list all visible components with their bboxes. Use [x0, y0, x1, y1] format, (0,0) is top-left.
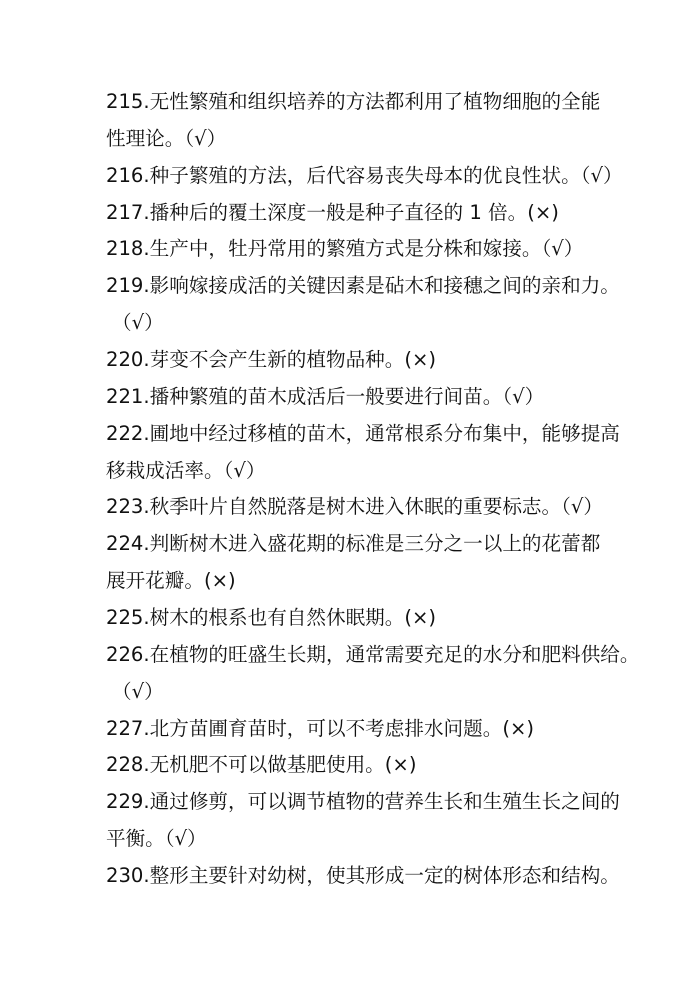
question-line: 展开花瓣。(×) [106, 563, 626, 600]
question-line: 223.秋季叶片自然脱落是树木进入休眠的重要标志。（√） [106, 489, 626, 526]
question-line: 229.通过修剪，可以调节植物的营养生长和生殖生长之间的 [106, 784, 626, 821]
question-line: 227.北方苗圃育苗时，可以不考虑排水问题。(×) [106, 711, 626, 748]
question-line: 217.播种后的覆土深度一般是种子直径的 1 倍。(×) [106, 195, 626, 232]
document-page: 215.无性繁殖和组织培养的方法都利用了植物细胞的全能 性理论。（√） 216.… [106, 84, 626, 895]
question-item-223: 223.秋季叶片自然脱落是树木进入休眠的重要标志。（√） [106, 489, 626, 526]
question-line: 218.生产中，牡丹常用的繁殖方式是分株和嫁接。（√） [106, 231, 626, 268]
question-line: 216.种子繁殖的方法，后代容易丧失母本的优良性状。（√） [106, 158, 626, 195]
question-line: 221.播种繁殖的苗木成活后一般要进行间苗。（√） [106, 379, 626, 416]
question-item-225: 225.树木的根系也有自然休眠期。(×) [106, 600, 626, 637]
question-line: 225.树木的根系也有自然休眠期。(×) [106, 600, 626, 637]
question-line: 222.圃地中经过移植的苗木，通常根系分布集中，能够提高 [106, 416, 626, 453]
question-item-218: 218.生产中，牡丹常用的繁殖方式是分株和嫁接。（√） [106, 231, 626, 268]
question-line: 移栽成活率。（√） [106, 453, 626, 490]
question-item-220: 220.芽变不会产生新的植物品种。(×) [106, 342, 626, 379]
question-item-224: 224.判断树木进入盛花期的标准是三分之一以上的花蕾都 展开花瓣。(×) [106, 526, 626, 600]
question-line: 性理论。（√） [106, 121, 626, 158]
question-line: （√） [106, 674, 626, 711]
question-line: 215.无性繁殖和组织培养的方法都利用了植物细胞的全能 [106, 84, 626, 121]
question-item-221: 221.播种繁殖的苗木成活后一般要进行间苗。（√） [106, 379, 626, 416]
question-item-229: 229.通过修剪，可以调节植物的营养生长和生殖生长之间的 平衡。（√） [106, 784, 626, 858]
question-item-228: 228.无机肥不可以做基肥使用。(×) [106, 747, 626, 784]
question-line: （√） [106, 305, 626, 342]
question-item-215: 215.无性繁殖和组织培养的方法都利用了植物细胞的全能 性理论。（√） [106, 84, 626, 158]
question-line: 226.在植物的旺盛生长期，通常需要充足的水分和肥料供给。 [106, 637, 626, 674]
question-item-226: 226.在植物的旺盛生长期，通常需要充足的水分和肥料供给。 （√） [106, 637, 626, 711]
question-line: 219.影响嫁接成活的关键因素是砧木和接穗之间的亲和力。 [106, 268, 626, 305]
question-item-219: 219.影响嫁接成活的关键因素是砧木和接穗之间的亲和力。 （√） [106, 268, 626, 342]
question-line: 230.整形主要针对幼树，使其形成一定的树体形态和结构。 [106, 858, 626, 895]
question-line: 228.无机肥不可以做基肥使用。(×) [106, 747, 626, 784]
question-item-230: 230.整形主要针对幼树，使其形成一定的树体形态和结构。 [106, 858, 626, 895]
question-line: 平衡。（√） [106, 821, 626, 858]
question-line: 220.芽变不会产生新的植物品种。(×) [106, 342, 626, 379]
question-item-227: 227.北方苗圃育苗时，可以不考虑排水问题。(×) [106, 711, 626, 748]
question-item-217: 217.播种后的覆土深度一般是种子直径的 1 倍。(×) [106, 195, 626, 232]
question-line: 224.判断树木进入盛花期的标准是三分之一以上的花蕾都 [106, 526, 626, 563]
question-item-216: 216.种子繁殖的方法，后代容易丧失母本的优良性状。（√） [106, 158, 626, 195]
question-item-222: 222.圃地中经过移植的苗木，通常根系分布集中，能够提高 移栽成活率。（√） [106, 416, 626, 490]
